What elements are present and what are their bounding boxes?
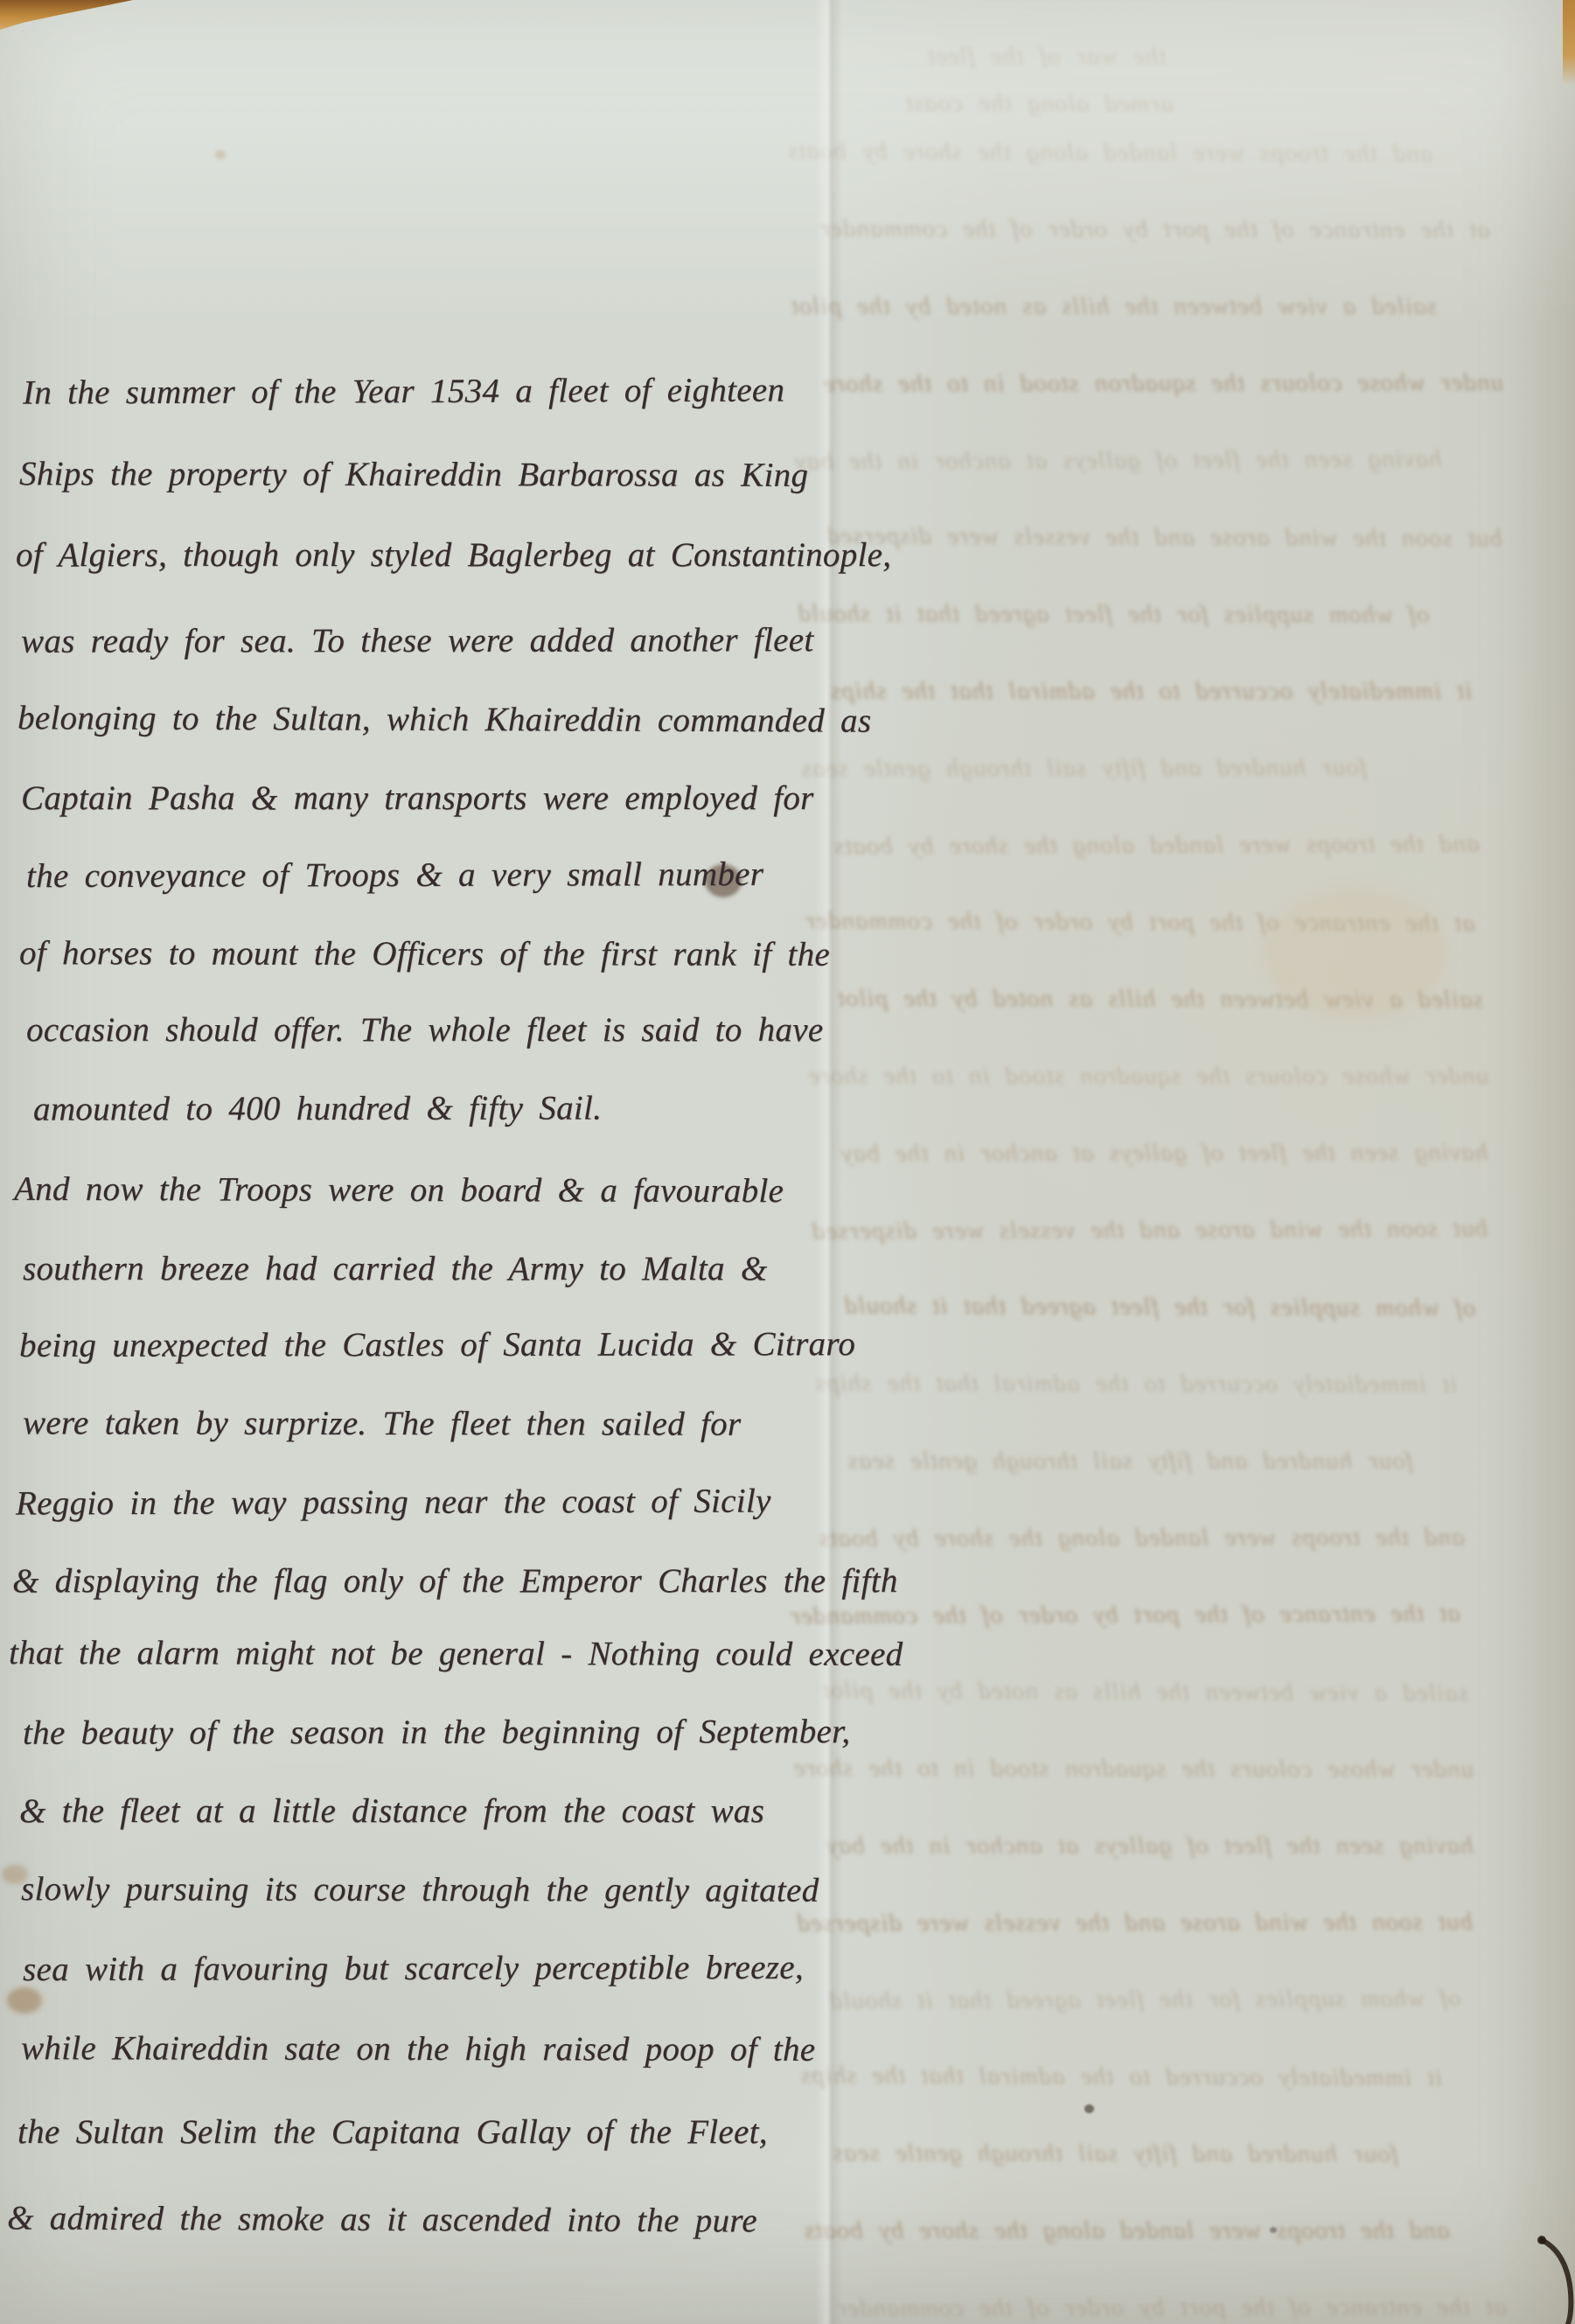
manuscript-line: southern breeze had carried the Army to … [23, 1249, 768, 1288]
manuscript-line: & admired the smoke as it ascended into … [7, 2199, 757, 2241]
manuscript-text: In the summer of the Year 1534 a fleet o… [0, 0, 1575, 2324]
manuscript-line: the beauty of the season in the beginnin… [23, 1712, 850, 1753]
manuscript-line: Ships the property of Khaireddin Barbaro… [19, 454, 808, 495]
manuscript-line: Reggio in the way passing near the coast… [16, 1481, 771, 1523]
manuscript-line: And now the Troops were on board & a fav… [14, 1169, 784, 1211]
manuscript-line: Captain Pasha & many transports were emp… [21, 778, 814, 818]
manuscript-line: being unexpected the Castles of Santa Lu… [19, 1324, 855, 1365]
manuscript-line: & displaying the flag only of the Empero… [12, 1561, 898, 1601]
manuscript-line: that the alarm might not be general - No… [9, 1633, 902, 1674]
manuscript-line: the conveyance of Troops & a very small … [26, 855, 763, 896]
manuscript-line: was ready for sea. To these were added a… [21, 620, 814, 661]
manuscript-line: belonging to the Sultan, which Khaireddi… [17, 698, 871, 740]
manuscript-line: In the summer of the Year 1534 a fleet o… [23, 370, 784, 412]
manuscript-line: slowly pursuing its course through the g… [21, 1869, 819, 1910]
manuscript-line: sea with a favouring but scarcely percep… [23, 1948, 804, 1989]
manuscript-line: while Khaireddin sate on the high raised… [21, 2028, 815, 2069]
manuscript-page: the war of the fleetarmed along the coas… [0, 0, 1575, 2324]
manuscript-line: were taken by surprize. The fleet then s… [23, 1403, 741, 1443]
manuscript-line: the Sultan Selim the Capitana Gallay of … [17, 2112, 768, 2152]
manuscript-line: of horses to mount the Officers of the f… [19, 933, 830, 974]
manuscript-line: amounted to 400 hundred & fifty Sail. [33, 1088, 602, 1128]
manuscript-line: of Algiers, though only styled Baglerbeg… [16, 535, 891, 575]
manuscript-line: & the fleet at a little distance from th… [19, 1791, 764, 1831]
manuscript-line: occasion should offer. The whole fleet i… [26, 1010, 823, 1050]
